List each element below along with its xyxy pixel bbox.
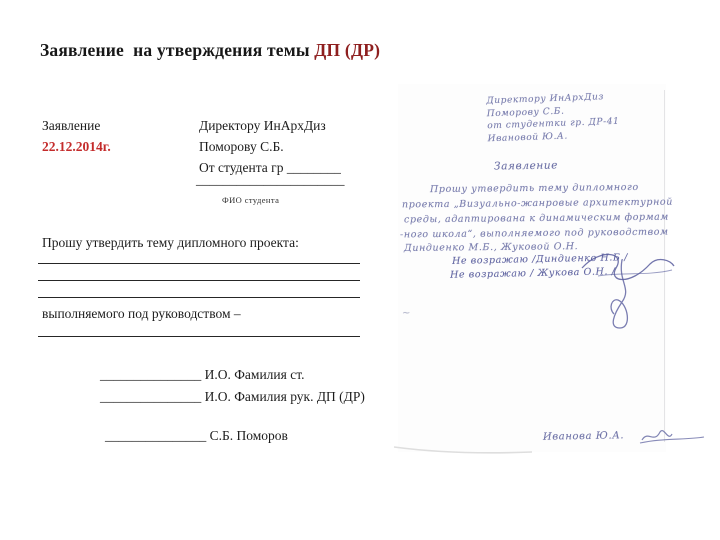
scan-bottom-signature: Иванова Ю.А. (543, 430, 624, 442)
supervisor-text: выполняемого под руководством – (42, 306, 241, 322)
director-signature-line: _______________ С.Б. Поморов (105, 428, 288, 444)
scan-stray-mark: ~ (402, 308, 411, 319)
topic-blank-line-2 (38, 280, 360, 281)
scan-bottom-flourish (638, 424, 708, 448)
form-heading: Заявление (42, 118, 100, 134)
form-date: 22.12.2014г. (42, 139, 111, 155)
student-name-blank: ______________________ (196, 172, 345, 188)
supervisor-blank-line (38, 336, 360, 337)
topic-blank-line-1 (38, 263, 360, 264)
paper-edge-bottom (392, 444, 534, 458)
page-title: Заявление на утверждения темы ДП (ДР) (40, 40, 380, 61)
topic-blank-line-3 (38, 297, 360, 298)
request-text: Прошу утвердить тему дипломного проекта: (42, 235, 299, 251)
student-name-caption: ФИО студента (222, 195, 279, 205)
addressee-line-1: Директору ИнАрхДиз (199, 118, 326, 134)
page-title-accent: ДП (ДР) (314, 40, 380, 60)
page-title-main: Заявление на утверждения темы (40, 40, 314, 60)
addressee-line-2: Поморову С.Б. (199, 139, 284, 155)
scan-signature-flourish (578, 242, 678, 334)
scan-heading: Заявление (494, 159, 558, 172)
student-signature-line: _______________ И.О. Фамилия ст. (100, 367, 304, 383)
supervisor-signature-line: _______________ И.О. Фамилия рук. ДП (ДР… (100, 389, 365, 405)
scan-addressee-block: Директору ИнАрхДиз Поморову С.Б. от студ… (486, 91, 620, 146)
